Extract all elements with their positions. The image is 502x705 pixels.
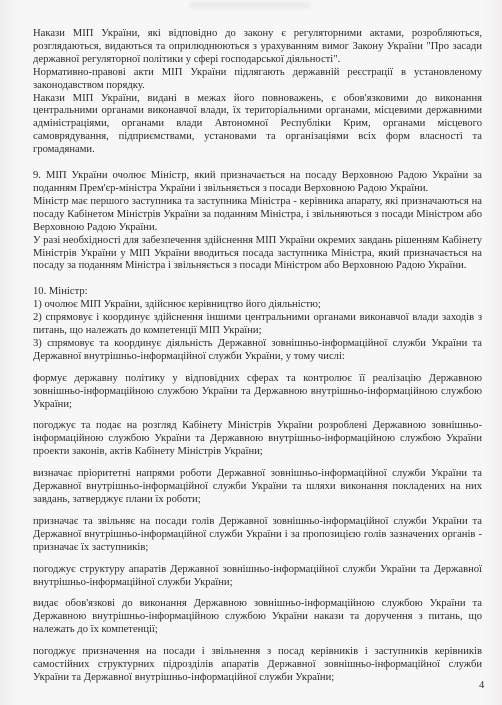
paragraph-state-registration: Нормативно-правові акти МІП України підл… bbox=[33, 67, 482, 93]
paragraph-regulatory-orders: Накази МІП України, які відповідно до за… bbox=[33, 28, 482, 67]
scan-bleed-through bbox=[190, 2, 310, 8]
subitem-priorities: визначає пріоритетні напрями роботи Держ… bbox=[33, 468, 482, 507]
subitem-submits-drafts: погоджує та подає на розгляд Кабінету Мі… bbox=[33, 420, 482, 459]
list-item-3: 3) спрямовує та координує діяльність Дер… bbox=[33, 338, 482, 364]
subitem-forms-policy: формує державну політику у відповідних с… bbox=[33, 373, 482, 412]
subitem-approves-structure: погоджує структуру апаратів Державної зо… bbox=[33, 564, 482, 590]
page-number: 4 bbox=[479, 680, 484, 691]
paragraph-item-9: 9. МІП України очолює Міністр, який приз… bbox=[33, 170, 482, 196]
paragraph-binding-orders: Накази МІП України, видані в межах його … bbox=[33, 93, 482, 158]
list-item-1: 1) очолює МІП України, здійснює керівниц… bbox=[33, 299, 482, 312]
paragraph-item-10-heading: 10. Міністр: bbox=[33, 286, 482, 299]
paragraph-additional-deputy: У разі необхідності для забезпечення зді… bbox=[33, 235, 482, 274]
list-item-2: 2) спрямовує і координує здійснення інши… bbox=[33, 312, 482, 338]
subitem-approves-appointments: погоджує призначення на посади і звільне… bbox=[33, 646, 482, 685]
document-page: Накази МІП України, які відповідно до за… bbox=[0, 0, 502, 705]
document-body: Накази МІП України, які відповідно до за… bbox=[33, 28, 482, 685]
subitem-issues-orders: видає обов'язкові до виконання Державною… bbox=[33, 598, 482, 637]
paragraph-deputies: Міністр має першого заступника та заступ… bbox=[33, 196, 482, 235]
subitem-appoints-heads: призначає та звільняє на посади голів Де… bbox=[33, 516, 482, 555]
